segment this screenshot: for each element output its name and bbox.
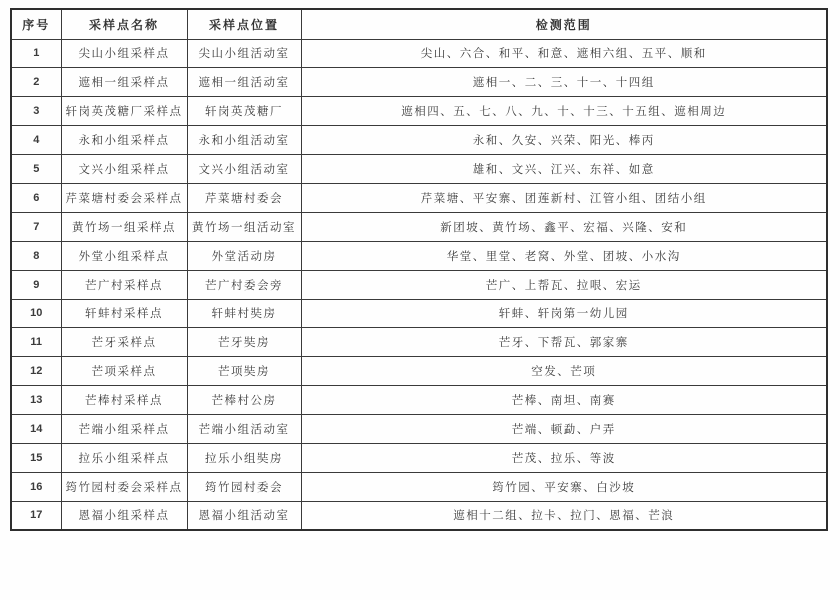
cell-location: 尖山小组活动室 xyxy=(187,39,301,68)
cell-name: 芒项采样点 xyxy=(61,357,187,386)
table-row: 13 芒棒村采样点 芒棒村公房 芒棒、南坦、南赛 xyxy=(11,386,827,415)
cell-location: 遮相一组活动室 xyxy=(187,68,301,97)
cell-range: 芒茂、拉乐、等波 xyxy=(301,443,827,472)
table-row: 12 芒项采样点 芒项奘房 空发、芒项 xyxy=(11,357,827,386)
cell-name: 文兴小组采样点 xyxy=(61,155,187,184)
table-row: 1 尖山小组采样点 尖山小组活动室 尖山、六合、和平、和意、遮相六组、五平、顺和 xyxy=(11,39,827,68)
cell-location: 芒牙奘房 xyxy=(187,328,301,357)
cell-name: 遮相一组采样点 xyxy=(61,68,187,97)
table-row: 14 芒端小组采样点 芒端小组活动室 芒端、顿勐、户弄 xyxy=(11,415,827,444)
cell-range: 遮相四、五、七、八、九、十、十三、十五组、遮相周边 xyxy=(301,97,827,126)
table-row: 2 遮相一组采样点 遮相一组活动室 遮相一、二、三、十一、十四组 xyxy=(11,68,827,97)
table-row: 3 轩岗英茂糖厂采样点 轩岗英茂糖厂 遮相四、五、七、八、九、十、十三、十五组、… xyxy=(11,97,827,126)
cell-location: 恩福小组活动室 xyxy=(187,501,301,530)
document-page: 序号 采样点名称 采样点位置 检测范围 1 尖山小组采样点 尖山小组活动室 尖山… xyxy=(0,0,840,600)
table-row: 11 芒牙采样点 芒牙奘房 芒牙、下帮瓦、郭家寨 xyxy=(11,328,827,357)
cell-name: 芹菜塘村委会采样点 xyxy=(61,183,187,212)
table-row: 5 文兴小组采样点 文兴小组活动室 雄和、文兴、江兴、东祥、如意 xyxy=(11,155,827,184)
table-row: 9 芒广村采样点 芒广村委会旁 芒广、上帮瓦、拉哏、宏运 xyxy=(11,270,827,299)
cell-name: 永和小组采样点 xyxy=(61,126,187,155)
cell-no: 8 xyxy=(11,241,61,270)
cell-name: 轩蚌村采样点 xyxy=(61,299,187,328)
cell-name: 芒牙采样点 xyxy=(61,328,187,357)
cell-name: 黄竹场一组采样点 xyxy=(61,212,187,241)
cell-location: 永和小组活动室 xyxy=(187,126,301,155)
cell-range: 尖山、六合、和平、和意、遮相六组、五平、顺和 xyxy=(301,39,827,68)
cell-range: 芹菜塘、平安寨、团莲新村、江管小组、团结小组 xyxy=(301,183,827,212)
cell-location: 筠竹园村委会 xyxy=(187,472,301,501)
cell-range: 新团坡、黄竹场、鑫平、宏福、兴隆、安和 xyxy=(301,212,827,241)
cell-no: 10 xyxy=(11,299,61,328)
cell-name: 拉乐小组采样点 xyxy=(61,443,187,472)
table-row: 6 芹菜塘村委会采样点 芹菜塘村委会 芹菜塘、平安寨、团莲新村、江管小组、团结小… xyxy=(11,183,827,212)
header-name: 采样点名称 xyxy=(61,9,187,39)
cell-range: 筠竹园、平安寨、白沙坡 xyxy=(301,472,827,501)
sampling-points-table: 序号 采样点名称 采样点位置 检测范围 1 尖山小组采样点 尖山小组活动室 尖山… xyxy=(10,8,828,531)
cell-no: 1 xyxy=(11,39,61,68)
cell-location: 黄竹场一组活动室 xyxy=(187,212,301,241)
cell-range: 芒牙、下帮瓦、郭家寨 xyxy=(301,328,827,357)
cell-no: 7 xyxy=(11,212,61,241)
cell-range: 空发、芒项 xyxy=(301,357,827,386)
table-row: 15 拉乐小组采样点 拉乐小组奘房 芒茂、拉乐、等波 xyxy=(11,443,827,472)
cell-name: 芒棒村采样点 xyxy=(61,386,187,415)
cell-name: 外堂小组采样点 xyxy=(61,241,187,270)
header-location: 采样点位置 xyxy=(187,9,301,39)
cell-range: 芒广、上帮瓦、拉哏、宏运 xyxy=(301,270,827,299)
header-no: 序号 xyxy=(11,9,61,39)
cell-name: 芒广村采样点 xyxy=(61,270,187,299)
cell-no: 16 xyxy=(11,472,61,501)
cell-no: 9 xyxy=(11,270,61,299)
cell-location: 轩岗英茂糖厂 xyxy=(187,97,301,126)
cell-location: 外堂活动房 xyxy=(187,241,301,270)
cell-no: 13 xyxy=(11,386,61,415)
cell-range: 芒端、顿勐、户弄 xyxy=(301,415,827,444)
cell-no: 2 xyxy=(11,68,61,97)
cell-name: 恩福小组采样点 xyxy=(61,501,187,530)
cell-no: 15 xyxy=(11,443,61,472)
cell-location: 拉乐小组奘房 xyxy=(187,443,301,472)
cell-no: 14 xyxy=(11,415,61,444)
cell-name: 芒端小组采样点 xyxy=(61,415,187,444)
cell-name: 尖山小组采样点 xyxy=(61,39,187,68)
cell-location: 芒端小组活动室 xyxy=(187,415,301,444)
table-row: 7 黄竹场一组采样点 黄竹场一组活动室 新团坡、黄竹场、鑫平、宏福、兴隆、安和 xyxy=(11,212,827,241)
cell-no: 5 xyxy=(11,155,61,184)
cell-range: 华堂、里堂、老窝、外堂、团坡、小水沟 xyxy=(301,241,827,270)
cell-name: 轩岗英茂糖厂采样点 xyxy=(61,97,187,126)
table-header-row: 序号 采样点名称 采样点位置 检测范围 xyxy=(11,9,827,39)
cell-range: 芒棒、南坦、南赛 xyxy=(301,386,827,415)
cell-no: 17 xyxy=(11,501,61,530)
cell-range: 遮相一、二、三、十一、十四组 xyxy=(301,68,827,97)
cell-no: 4 xyxy=(11,126,61,155)
cell-location: 芹菜塘村委会 xyxy=(187,183,301,212)
cell-no: 12 xyxy=(11,357,61,386)
cell-range: 轩蚌、轩岗第一幼儿园 xyxy=(301,299,827,328)
table-row: 17 恩福小组采样点 恩福小组活动室 遮相十二组、拉卡、拉门、恩福、芒浪 xyxy=(11,501,827,530)
cell-no: 3 xyxy=(11,97,61,126)
header-range: 检测范围 xyxy=(301,9,827,39)
table-row: 10 轩蚌村采样点 轩蚌村奘房 轩蚌、轩岗第一幼儿园 xyxy=(11,299,827,328)
table-row: 8 外堂小组采样点 外堂活动房 华堂、里堂、老窝、外堂、团坡、小水沟 xyxy=(11,241,827,270)
cell-location: 轩蚌村奘房 xyxy=(187,299,301,328)
table-row: 4 永和小组采样点 永和小组活动室 永和、久安、兴荣、阳光、棒丙 xyxy=(11,126,827,155)
cell-location: 文兴小组活动室 xyxy=(187,155,301,184)
cell-location: 芒广村委会旁 xyxy=(187,270,301,299)
cell-range: 永和、久安、兴荣、阳光、棒丙 xyxy=(301,126,827,155)
table-row: 16 筠竹园村委会采样点 筠竹园村委会 筠竹园、平安寨、白沙坡 xyxy=(11,472,827,501)
cell-name: 筠竹园村委会采样点 xyxy=(61,472,187,501)
cell-no: 11 xyxy=(11,328,61,357)
cell-location: 芒棒村公房 xyxy=(187,386,301,415)
cell-no: 6 xyxy=(11,183,61,212)
cell-range: 雄和、文兴、江兴、东祥、如意 xyxy=(301,155,827,184)
cell-location: 芒项奘房 xyxy=(187,357,301,386)
cell-range: 遮相十二组、拉卡、拉门、恩福、芒浪 xyxy=(301,501,827,530)
